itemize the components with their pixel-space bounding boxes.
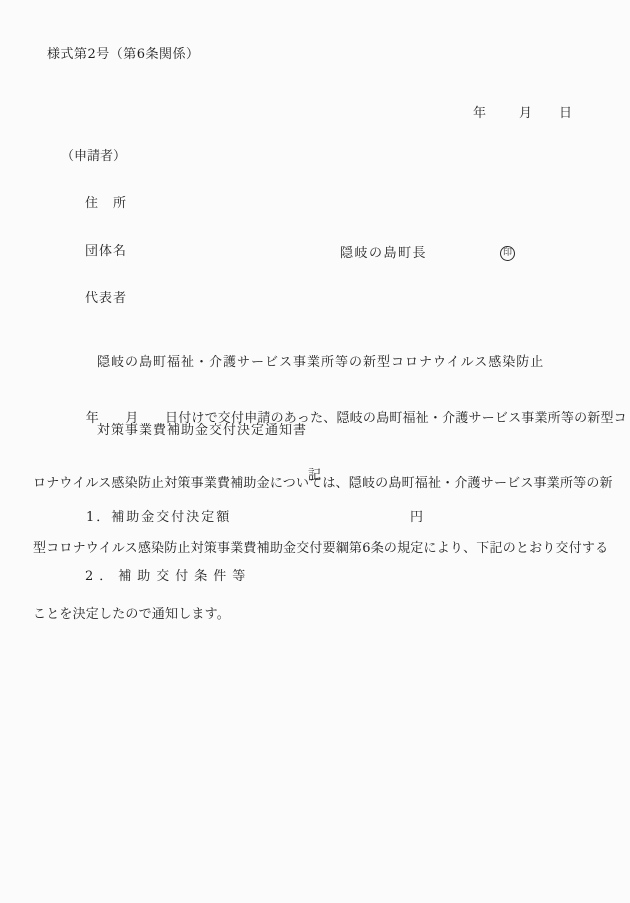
date-year-label: 年 bbox=[473, 107, 486, 120]
item-1-label: 1．補助金交付決定額 bbox=[86, 511, 231, 524]
form-number: 様式第2号（第6条関係） bbox=[47, 48, 200, 61]
seal-icon: 印 bbox=[500, 246, 515, 261]
record-heading: 記 bbox=[0, 469, 630, 482]
issuer-title: 隠岐の島町長 bbox=[340, 247, 427, 260]
document-page: 様式第2号（第6条関係） 年 月 日 （申請者） 住 所 団体名 代表者 隠岐の… bbox=[0, 0, 630, 903]
date-day-label: 日 bbox=[559, 107, 572, 120]
item-2-label: 2．補助交付条件等 bbox=[85, 570, 251, 583]
item-1-unit-label: 円 bbox=[410, 511, 423, 524]
body-line: ことを決定したので通知します。 bbox=[33, 604, 627, 626]
applicant-organization-label: 団体名 bbox=[85, 245, 127, 267]
issuer-line: 隠岐の島町長 印 bbox=[340, 246, 515, 261]
date-line: 年 月 日 bbox=[473, 107, 572, 120]
applicant-address-label: 住 所 bbox=[85, 197, 127, 219]
body-line: 年 月 日付けで交付申請のあった、隠岐の島町福祉・介護サービス事業所等の新型コ bbox=[33, 408, 627, 430]
date-month-label: 月 bbox=[519, 107, 532, 120]
applicant-heading: （申請者） bbox=[61, 150, 126, 163]
body-line: 型コロナウイルス感染防止対策事業費補助金交付要綱第6条の規定により、下記のとおり… bbox=[33, 538, 627, 560]
